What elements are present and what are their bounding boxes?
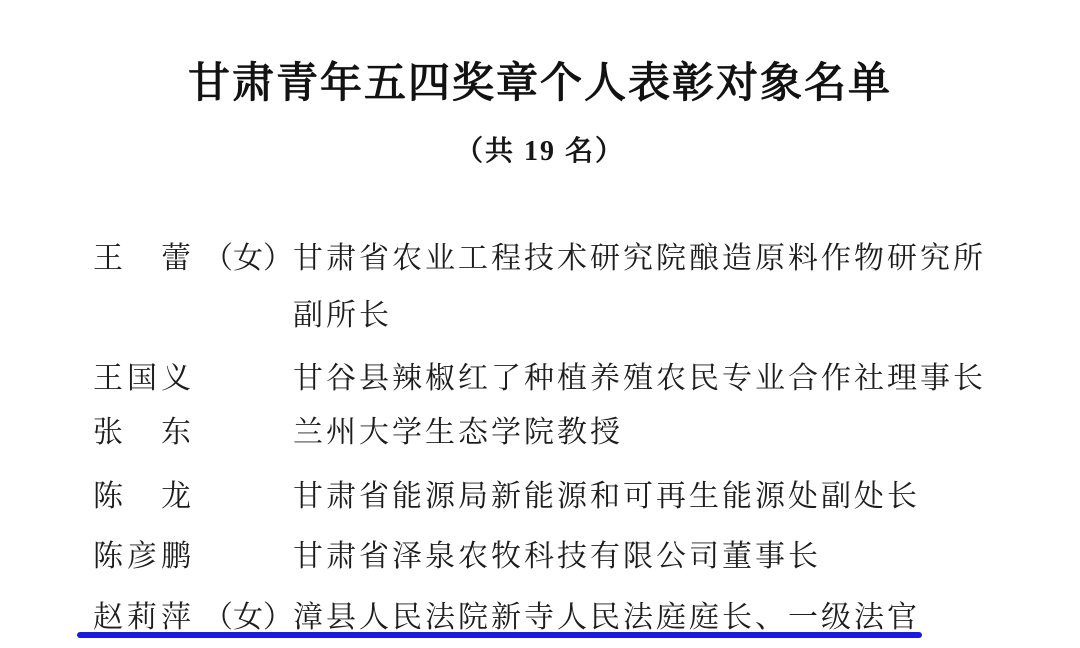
person-name: 陈 龙 xyxy=(93,480,203,514)
person-row: 陈 龙 甘肃省能源局新能源和可再生能源处副处长 xyxy=(93,480,1033,514)
person-desc-line: 甘肃省泽泉农牧科技有限公司董事长 xyxy=(293,540,1013,574)
person-row: 陈彦鹏 甘肃省泽泉农牧科技有限公司董事长 xyxy=(93,540,1033,574)
person-gender: （女） xyxy=(203,242,293,276)
highlight-underline xyxy=(77,632,922,638)
person-desc-line: 甘肃省能源局新能源和可再生能源处副处长 xyxy=(293,480,1013,514)
page-subtitle: （共 19 名） xyxy=(0,132,1080,172)
person-desc: 甘肃省能源局新能源和可再生能源处副处长 xyxy=(293,480,1013,514)
person-desc-line: 甘肃省农业工程技术研究院酿造原料作物研究所 xyxy=(293,242,1013,276)
person-name: 王 蕾 xyxy=(93,242,203,276)
person-desc: 甘肃省农业工程技术研究院酿造原料作物研究所 副所长 xyxy=(293,242,1013,333)
person-gender: （女） xyxy=(203,601,293,635)
person-desc-line: 甘谷县辣椒红了种植养殖农民专业合作社理事长 xyxy=(293,362,1013,396)
person-desc: 漳县人民法院新寺人民法庭庭长、一级法官 xyxy=(293,601,1013,635)
person-row: 王 蕾 （女） 甘肃省农业工程技术研究院酿造原料作物研究所 副所长 xyxy=(93,242,1033,333)
document-page: 甘肃青年五四奖章个人表彰对象名单 （共 19 名） 王 蕾 （女） 甘肃省农业工… xyxy=(0,0,1080,648)
person-name: 赵莉萍 xyxy=(93,601,203,635)
person-desc-line: 漳县人民法院新寺人民法庭庭长、一级法官 xyxy=(293,601,1013,635)
person-desc: 兰州大学生态学院教授 xyxy=(293,416,1013,450)
person-name: 张 东 xyxy=(93,416,203,450)
person-desc: 甘谷县辣椒红了种植养殖农民专业合作社理事长 xyxy=(293,362,1013,396)
person-name: 陈彦鹏 xyxy=(93,540,203,574)
person-row: 王国义 甘谷县辣椒红了种植养殖农民专业合作社理事长 xyxy=(93,362,1033,396)
person-desc: 甘肃省泽泉农牧科技有限公司董事长 xyxy=(293,540,1013,574)
person-desc-line: 副所长 xyxy=(293,299,1013,333)
page-title: 甘肃青年五四奖章个人表彰对象名单 xyxy=(0,56,1080,112)
person-name: 王国义 xyxy=(93,362,203,396)
person-row-highlighted: 赵莉萍 （女） 漳县人民法院新寺人民法庭庭长、一级法官 xyxy=(93,601,1033,635)
person-row: 张 东 兰州大学生态学院教授 xyxy=(93,416,1033,450)
person-desc-line: 兰州大学生态学院教授 xyxy=(293,416,1013,450)
